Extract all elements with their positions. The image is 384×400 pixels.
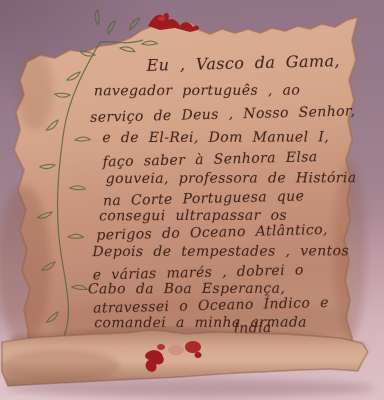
roll-stain — [0, 350, 120, 382]
rolled-edge-layer — [0, 0, 384, 400]
photo-of-letter: Eu , Vasco da Gama, navegador português … — [0, 0, 384, 400]
